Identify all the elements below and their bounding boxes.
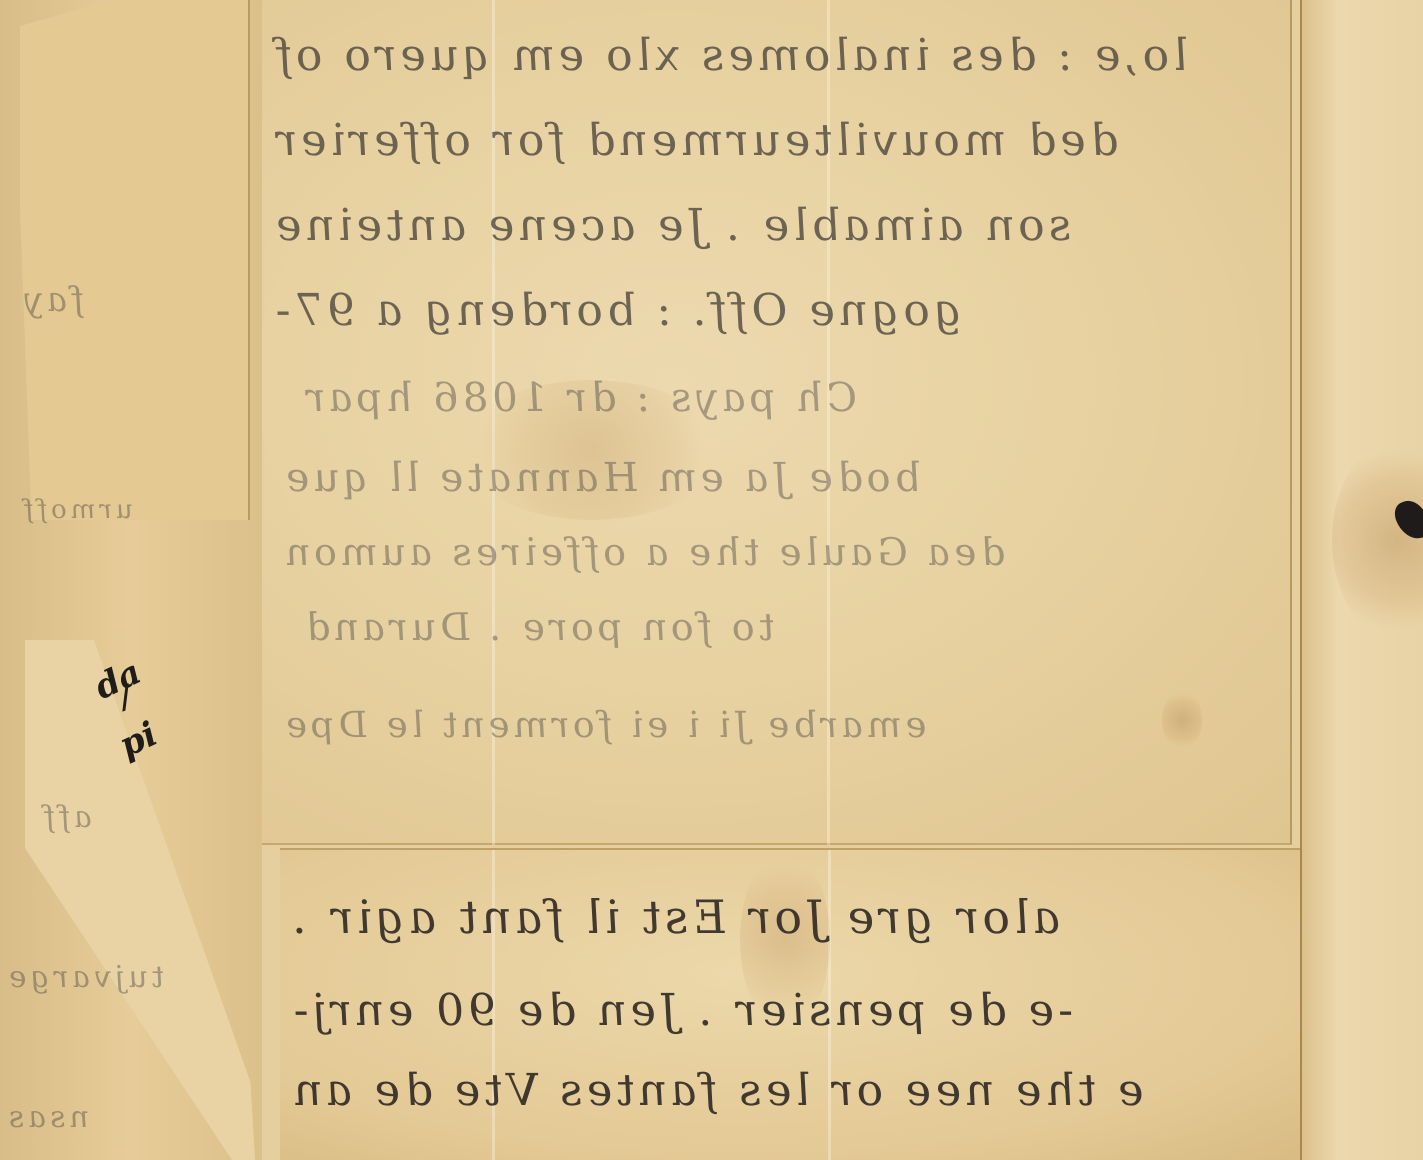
spot-stain — [1162, 690, 1202, 750]
lower-letter-panel: alor gre Jor Est il fant agir . -e de pe… — [280, 848, 1310, 1160]
handwriting-line: bode Ja em Hannate ll que — [279, 455, 924, 501]
left-fold-line: fay — [17, 280, 87, 320]
handwriting-line: son aimable . Je acene anteine — [268, 200, 1075, 251]
handwriting-line: dea Gaule the a offeires aumon — [279, 530, 1008, 574]
main-letter-panel: lo,e : des inalomes xlo em quero of ded … — [262, 0, 1292, 845]
ink-blot-stain — [1332, 440, 1423, 640]
handwriting-line: gogne Off. : bordeng a 97- — [268, 285, 966, 336]
left-fold-line: aff — [38, 800, 95, 835]
left-fold-line: tujvarge — [3, 960, 167, 995]
handwriting-line: lo,e : des inalomes xlo em quero of — [268, 30, 1191, 81]
handwriting-line: ded mouvilteurmend for offerier — [268, 115, 1121, 166]
handwriting-line: alor gre Jor Est il fant agir . — [286, 890, 1064, 944]
left-fold-line: urmoff — [18, 495, 135, 525]
handwriting-line: Ch pays : dr 1086 hpar — [299, 375, 860, 421]
left-fold-line: nsas — [3, 1100, 92, 1135]
handwriting-line: -e de pensier . Jen de 90 enrj- — [286, 985, 1077, 1036]
handwriting-line: e the nee or les fantes Vte de an — [286, 1065, 1147, 1116]
handwriting-line: emarbe Ji i ei forment le Dpe — [279, 705, 929, 746]
left-upper-flap — [20, 0, 250, 520]
handwriting-line: to fon pore . Durand — [299, 605, 778, 649]
right-folded-edge — [1300, 0, 1423, 1160]
